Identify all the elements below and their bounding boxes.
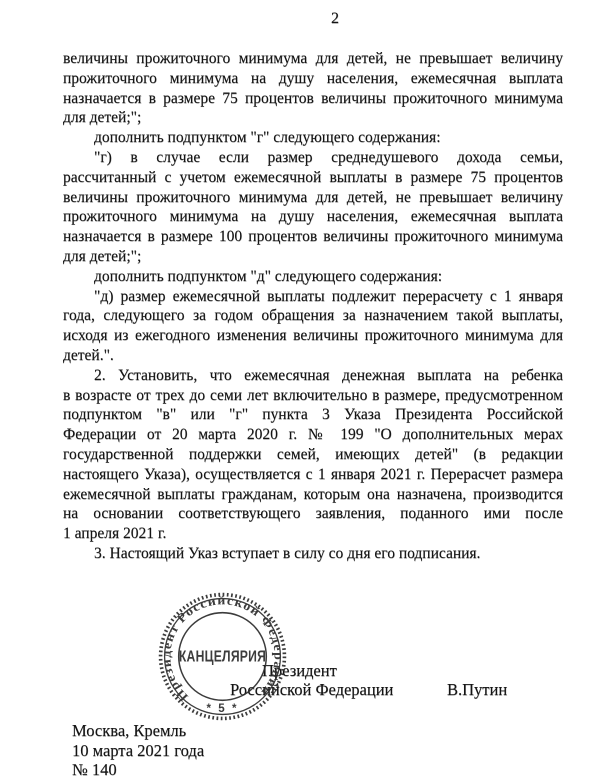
paragraph-line: ежемесячной выплаты гражданам, которым о… [63, 485, 563, 505]
paragraph-line: "г) в случае если размер среднедушевого … [63, 148, 563, 168]
document-page: 2 величины прожиточного минимума для дет… [0, 0, 615, 783]
paragraph-line: 3. Настоящий Указ вступает в силу со дня… [63, 544, 563, 564]
paragraph-line: дополнить подпунктом "д" следующего соде… [63, 267, 563, 287]
paragraph-line: величины прожиточного минимума для детей… [63, 188, 563, 208]
footer-block: Москва, Кремль 10 марта 2021 года № 140 [72, 721, 204, 780]
paragraph-line: государственной поддержки семей, имеющих… [63, 445, 563, 465]
paragraph-line: 2. Установить, что ежемесячная денежная … [63, 366, 563, 386]
paragraph-line: детей.". [63, 346, 563, 366]
paragraph-line: дополнить подпунктом "г" следующего соде… [63, 128, 563, 148]
paragraph-line: на основании соответствующего заявления,… [63, 504, 563, 524]
paragraph-line: для детей;"; [63, 108, 563, 128]
paragraph-line: в возрасте от трех до семи лет включител… [63, 386, 563, 406]
chancellery-stamp-icon: Президент Российской Федерации * 5 * КАН… [152, 586, 293, 727]
paragraph-line: 1 апреля 2021 г. [63, 524, 563, 544]
paragraph-line: года, следующего за годом обращения за н… [63, 306, 563, 326]
stamp-center-text: КАНЦЕЛЯРИЯ [179, 647, 266, 665]
document-body: величины прожиточного минимума для детей… [63, 49, 563, 564]
paragraph-line: "д) размер ежемесячной выплаты подлежит … [63, 287, 563, 307]
paragraph-line: Федерации от 20 марта 2020 г. № 199 "О д… [63, 425, 563, 445]
signature-name: В.Путин [447, 680, 507, 700]
page-number: 2 [85, 10, 585, 28]
paragraph-line: исходя из ежегодного изменения величины … [63, 326, 563, 346]
paragraph-line: подпунктом "в" или "г" пункта 3 Указа Пр… [63, 405, 563, 425]
paragraph-line: настоящего Указа), осуществляется с 1 ян… [63, 465, 563, 485]
footer-date: 10 марта 2021 года [72, 741, 204, 761]
paragraph-line: назначается в размере 75 процентов велич… [63, 89, 563, 109]
paragraph-line: величины прожиточного минимума для детей… [63, 49, 563, 69]
paragraph-line: прожиточного минимума на душу населения,… [63, 207, 563, 227]
paragraph-line: для детей;"; [63, 247, 563, 267]
footer-number: № 140 [72, 760, 204, 780]
stamp-bottom-text: * 5 * [207, 703, 239, 715]
stamp-graphic: Президент Российской Федерации * 5 * КАН… [159, 593, 285, 718]
paragraph-line: рассчитанный с учетом ежемесячной выплат… [63, 168, 563, 188]
paragraph-line: назначается в размере 100 процентов вели… [63, 227, 563, 247]
paragraph-line: прожиточного минимума на душу населения,… [63, 69, 563, 89]
